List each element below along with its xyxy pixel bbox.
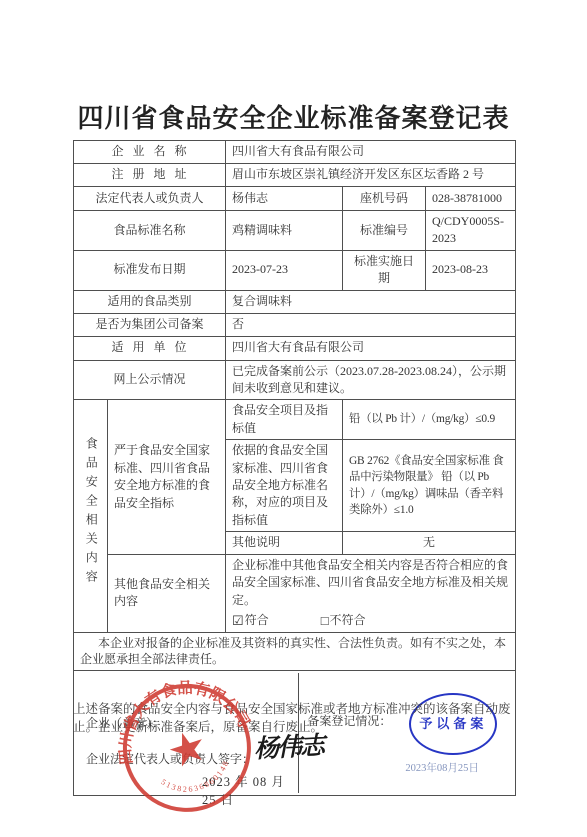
standard-number-value: Q/CDY0005S-2023 — [426, 211, 516, 251]
legal-signature-handwriting: 杨伟志 — [253, 727, 345, 768]
conform-label: 符合 — [245, 612, 269, 629]
page-title: 四川省食品安全企业标准备案登记表 — [0, 98, 587, 135]
standard-name-label: 食品标准名称 — [74, 211, 226, 251]
company-name-value: 四川省大有食品有限公司 — [226, 141, 516, 164]
table-row: 食品安全相关内容 严于食品安全国家标准、四川省食品安全地方标准的食品安全指标 食… — [74, 400, 516, 440]
other-note-label: 其他说明 — [226, 532, 343, 555]
table-row: 企业名称 四川省大有食品有限公司 — [74, 141, 516, 164]
conformity-checkboxes: ☑ 符合 □ 不符合 — [232, 612, 509, 629]
public-notice-value: 已完成备案前公示（2023.07.28-2023.08.24），公示期间未收到意… — [226, 360, 516, 400]
table-row: 适用的食品类别 复合调味料 — [74, 290, 516, 313]
public-notice-label: 网上公示情况 — [74, 360, 226, 400]
declaration-cell: 本企业对报备的企业标准及其资料的真实性、合法性负责。如有不实之处，本企业愿承担全… — [74, 632, 516, 671]
group-filing-value: 否 — [226, 313, 516, 336]
document-page: 四川省食品安全企业标准备案登记表 企业名称 四川省大有食品有限公司 注册地址 眉… — [0, 0, 587, 837]
registered-address-value: 眉山市东坡区崇礼镇经济开发区东区坛香路 2 号 — [226, 164, 516, 187]
safety-section-side-label: 食品安全相关内容 — [74, 400, 108, 632]
phone-value: 028-38781000 — [426, 187, 516, 211]
table-row: 法定代表人或负责人 杨伟志 座机号码 028-38781000 — [74, 187, 516, 211]
declaration-text: 本企业对报备的企业标准及其资料的真实性、合法性负责。如有不实之处，本企业愿承担全… — [80, 635, 509, 669]
food-category-label: 适用的食品类别 — [74, 290, 226, 313]
table-row: 适用单位 四川省大有食品有限公司 — [74, 336, 516, 360]
nonconform-option: □ 不符合 — [321, 612, 366, 629]
table-row: 是否为集团公司备案 否 — [74, 313, 516, 336]
signature-date: 2023 年 08 月 25 日 — [202, 773, 298, 809]
safety-item-value: 铅（以 Pb 计）/（mg/kg）≤0.9 — [343, 400, 516, 440]
registered-address-label: 注册地址 — [74, 164, 226, 187]
group-filing-label: 是否为集团公司备案 — [74, 313, 226, 336]
checkbox-unchecked-icon: □ — [321, 614, 329, 627]
publish-date-value: 2023-07-23 — [226, 250, 343, 290]
company-name-label: 企业名称 — [74, 141, 226, 164]
applicable-unit-value: 四川省大有食品有限公司 — [226, 336, 516, 360]
conform-option: ☑ 符合 — [232, 612, 269, 629]
table-row: 注册地址 眉山市东坡区崇礼镇经济开发区东区坛香路 2 号 — [74, 164, 516, 187]
legal-representative-label: 法定代表人或负责人 — [74, 187, 226, 211]
other-safety-question: 企业标准中其他食品安全相关内容是否符合相应的食品安全国家标准、四川省食品安全地方… — [232, 557, 509, 609]
implement-date-label: 标准实施日期 — [343, 250, 426, 290]
legal-signature-label: 企业法定代表人或负责人签字： — [86, 751, 254, 768]
standard-name-value: 鸡精调味料 — [226, 211, 343, 251]
registration-date: 2023年08月25日 — [405, 761, 479, 776]
legal-representative-value: 杨伟志 — [226, 187, 343, 211]
registration-form-table: 企业名称 四川省大有食品有限公司 注册地址 眉山市东坡区崇礼镇经济开发区东区坛香… — [73, 140, 516, 796]
table-row: 本企业对报备的企业标准及其资料的真实性、合法性负责。如有不实之处，本企业愿承担全… — [74, 632, 516, 671]
other-note-value: 无 — [343, 532, 516, 555]
phone-label: 座机号码 — [343, 187, 426, 211]
standard-number-label: 标准编号 — [343, 211, 426, 251]
applicable-unit-label: 适用单位 — [74, 336, 226, 360]
other-safety-label: 其他食品安全相关内容 — [108, 555, 226, 633]
table-row: 食品标准名称 鸡精调味料 标准编号 Q/CDY0005S-2023 — [74, 211, 516, 251]
implement-date-value: 2023-08-23 — [426, 250, 516, 290]
food-category-value: 复合调味料 — [226, 290, 516, 313]
table-row: 网上公示情况 已完成备案前公示（2023.07.28-2023.08.24），公… — [74, 360, 516, 400]
strict-indicator-label: 严于食品安全国家标准、四川省食品安全地方标准的食品安全指标 — [108, 400, 226, 555]
table-row: 其他食品安全相关内容 企业标准中其他食品安全相关内容是否符合相应的食品安全国家标… — [74, 555, 516, 633]
table-row: 标准发布日期 2023-07-23 标准实施日期 2023-08-23 — [74, 250, 516, 290]
nonconform-label: 不符合 — [330, 612, 366, 629]
publish-date-label: 标准发布日期 — [74, 250, 226, 290]
basis-standard-value: GB 2762《食品安全国家标准 食品中污染物限量》 铅（以 Pb 计）/（mg… — [343, 440, 516, 532]
basis-standard-label: 依据的食品安全国家标准、四川省食品安全地方标准名称，对应的项目及指标值 — [226, 440, 343, 532]
checkbox-checked-icon: ☑ — [232, 614, 244, 627]
safety-item-label: 食品安全项目及指标值 — [226, 400, 343, 440]
other-safety-content: 企业标准中其他食品安全相关内容是否符合相应的食品安全国家标准、四川省食品安全地方… — [226, 555, 516, 633]
